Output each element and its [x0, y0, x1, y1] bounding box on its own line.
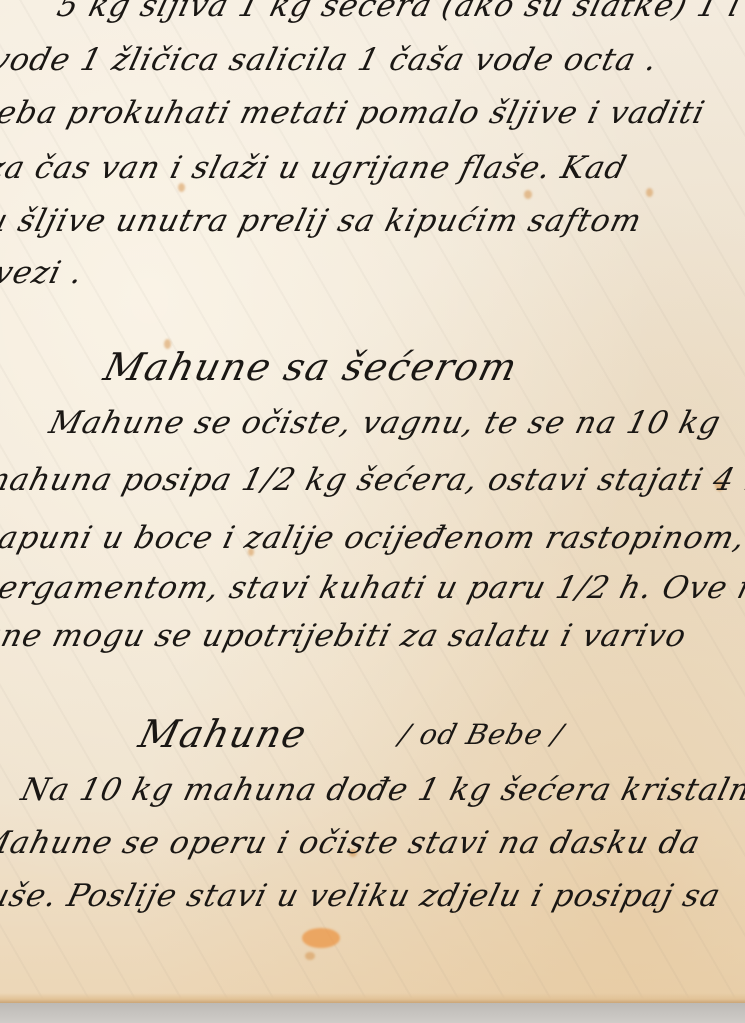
stain — [524, 190, 532, 199]
continuation-line: vode 1 žličica salicila 1 čaša vode octa… — [0, 42, 662, 78]
stain — [302, 928, 340, 948]
recipe-line: Mahune se očiste, vagnu, te se na 10 kg — [46, 405, 725, 441]
recipe-line: Mahune se operu i očiste stavi na dasku … — [0, 825, 704, 861]
recipe-line: mahuna posipa 1/2 kg šećera, ostavi staj… — [0, 462, 745, 498]
continuation-line: su šljive unutra prelij sa kipućim safto… — [0, 203, 646, 239]
recipe-line: napuni u boce i zalije ocijeđenom rastop… — [0, 520, 745, 556]
recipe-title: Mahune sa šećerom — [100, 345, 523, 389]
recipe-title: Mahune — [135, 712, 312, 756]
stain — [305, 952, 315, 960]
continuation-line: Treba prokuhati metati pomalo šljive i v… — [0, 95, 709, 131]
recipe-line: hune mogu se upotrijebiti za salatu i va… — [0, 618, 690, 654]
recipe-line: Na 10 kg mahuna dođe 1 kg šećera kristal… — [18, 772, 745, 808]
scan-background — [0, 1003, 745, 1023]
recipe-line: pergamentom, stavi kuhati u paru 1/2 h. … — [0, 570, 745, 606]
stain — [646, 188, 653, 197]
page-bottom-edge — [0, 993, 745, 1003]
recipe-subtitle: / od Bebe / — [396, 718, 567, 751]
continuation-line: za čas van i slaži u ugrijane flaše. Kad — [0, 150, 631, 186]
continuation-line: 5 kg šljiva 1 kg šećera (ako su slatke) … — [54, 0, 745, 24]
recipe-line: suše. Poslije stavi u veliku zdjelu i po… — [0, 878, 725, 914]
continuation-line: zavezi . — [0, 255, 87, 291]
